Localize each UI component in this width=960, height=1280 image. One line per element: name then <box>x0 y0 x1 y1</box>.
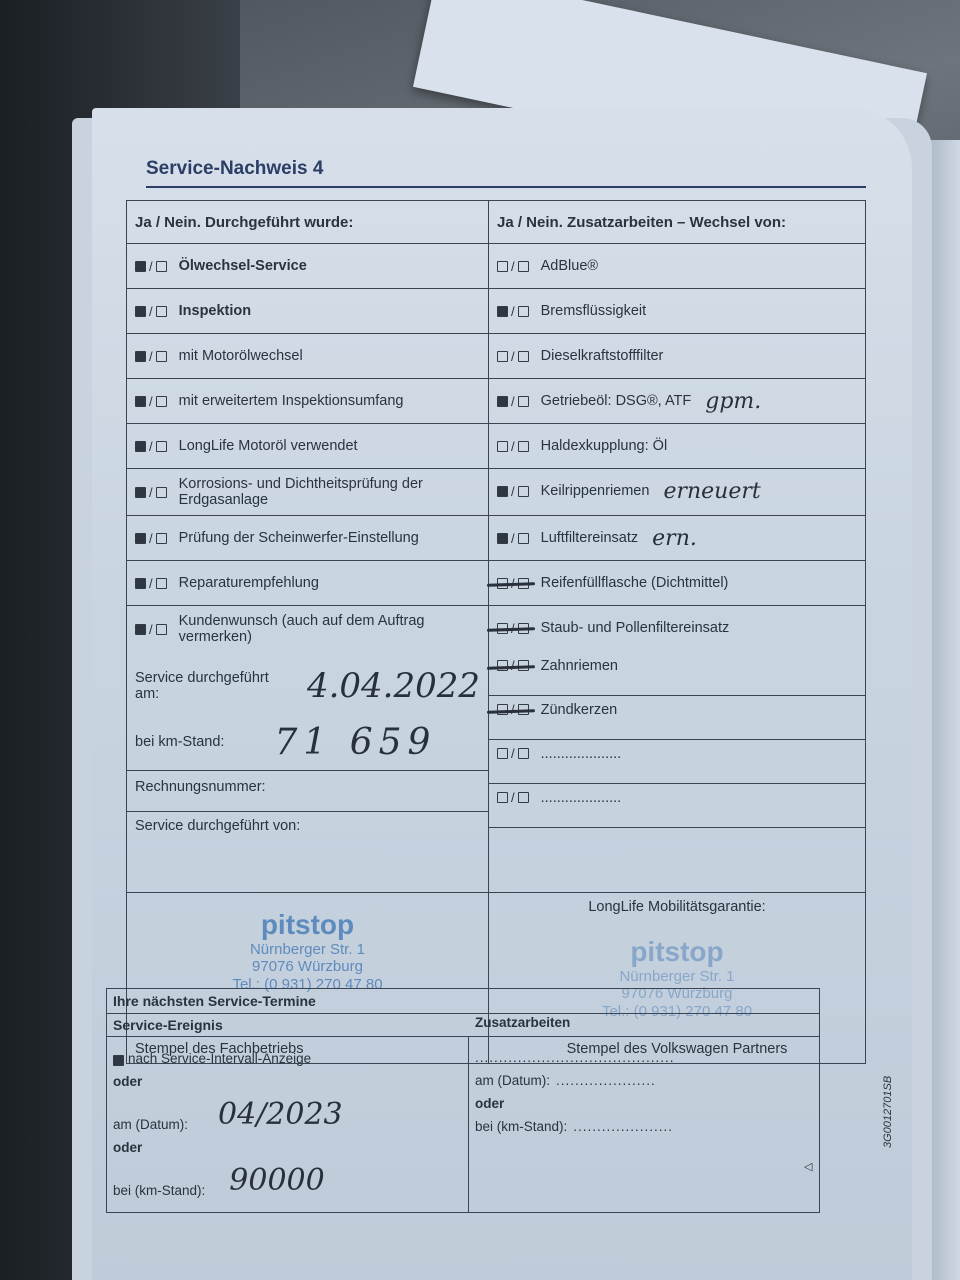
next-service-left: nach Service-Intervall-Anzeige oder am (… <box>107 1037 469 1212</box>
separator: / <box>149 622 153 637</box>
table-row: /LongLife Motoröl verwendet/Haldexkupplu… <box>127 424 865 469</box>
extra-work-label: Bremsflüssigkeit <box>541 303 647 319</box>
stamp-street: Nürnberger Str. 1 <box>232 941 382 958</box>
extra-6-checkbox-pair: / <box>497 531 529 546</box>
extra-6-nein-checkbox[interactable] <box>518 533 529 544</box>
service-3-checkbox-pair: / <box>135 394 167 409</box>
service-item-label: Prüfung der Scheinwerfer-Einstellung <box>179 530 419 546</box>
next-date-value[interactable]: 04/2023 <box>218 1097 343 1132</box>
service-8-ja-checkbox[interactable] <box>135 624 146 635</box>
extra-work-item: /Getriebeöl: DSG®, ATFgpm. <box>489 379 865 423</box>
service-4-checkbox-pair: / <box>135 439 167 454</box>
stamp-brand: pitstop <box>232 909 382 941</box>
extra-work-item: /Luftfiltereinsatzern. <box>489 516 865 560</box>
extra-work-item: /AdBlue® <box>489 244 865 288</box>
extra-8-ja-checkbox[interactable] <box>497 623 508 634</box>
workshop-stamp: pitstop Nürnberger Str. 1 97076 Würzburg… <box>232 909 382 993</box>
service-1-checkbox-pair: / <box>135 304 167 319</box>
separator: / <box>149 349 153 364</box>
service-item-inspektion: /Inspektion <box>127 289 489 333</box>
extra-4-checkbox-pair: / <box>497 439 529 454</box>
performed-by-label: Service durchgeführt von: <box>135 818 300 834</box>
extra-work-label: Luftfiltereinsatz <box>541 530 639 546</box>
stamp-street-2: Nürnberger Str. 1 <box>602 968 752 985</box>
separator: / <box>149 259 153 274</box>
triangle-marker-icon: ◁ <box>804 1160 812 1173</box>
extra-6-ja-checkbox[interactable] <box>497 533 508 544</box>
extra-9-checkbox-pair: / <box>497 658 529 673</box>
service-item-korrosions-und-dichtheitspr-fung-der-erdgasanlage: /Korrosions- und Dichtheitsprüfung der E… <box>127 469 489 515</box>
extra-work-item: /Bremsflüssigkeit <box>489 289 865 333</box>
next-service-box: Ihre nächsten Service-Termine Service-Er… <box>106 988 820 1213</box>
service-7-nein-checkbox[interactable] <box>156 578 167 589</box>
extra-work-label: Keilrippenriemen <box>541 483 650 499</box>
separator: / <box>511 658 515 673</box>
table-row: /Reparaturempfehlung/Reifenfüllflasche (… <box>127 561 865 606</box>
extra-5-nein-checkbox[interactable] <box>518 486 529 497</box>
extra-0-ja-checkbox[interactable] <box>497 261 508 272</box>
extra-7-nein-checkbox[interactable] <box>518 578 529 589</box>
separator: / <box>511 702 515 717</box>
extra-work-heading: Zusatzarbeiten <box>475 1015 813 1030</box>
service-7-checkbox-pair: / <box>135 576 167 591</box>
extra-3-checkbox-pair: / <box>497 394 529 409</box>
service-5-nein-checkbox[interactable] <box>156 487 167 498</box>
extra-work-item: /Zündkerzen <box>489 696 865 740</box>
extra-1-nein-checkbox[interactable] <box>518 306 529 317</box>
extra-10-checkbox-pair: / <box>497 702 529 717</box>
extra-km-value[interactable]: ..................... <box>573 1119 673 1134</box>
handwritten-note: erneuert <box>663 479 760 504</box>
service-8-checkbox-pair: / <box>135 622 167 637</box>
stamp-city: 97076 Würzburg <box>232 958 382 975</box>
separator: / <box>511 576 515 591</box>
service-3-nein-checkbox[interactable] <box>156 396 167 407</box>
service-item-label: mit Motorölwechsel <box>179 348 303 364</box>
service-0-checkbox-pair: / <box>135 259 167 274</box>
extra-work-item: /Staub- und Pollenfiltereinsatz <box>489 606 865 650</box>
service-km-line: bei km-Stand: 71 659 <box>135 714 480 770</box>
separator: / <box>511 746 515 761</box>
service-item-lwechsel-service: /Ölwechsel-Service <box>127 244 489 288</box>
separator: / <box>511 394 515 409</box>
extra-work-label: Zahnriemen <box>541 658 618 674</box>
extra-work-line[interactable]: ........................................… <box>475 1050 813 1065</box>
service-0-ja-checkbox[interactable] <box>135 261 146 272</box>
separator: / <box>511 259 515 274</box>
separator: / <box>149 531 153 546</box>
extra-8-checkbox-pair: / <box>497 621 529 636</box>
extra-0-checkbox-pair: / <box>497 259 529 274</box>
extra-3-ja-checkbox[interactable] <box>497 396 508 407</box>
service-item-label: LongLife Motoröl verwendet <box>179 438 358 454</box>
table-row: /mit erweitertem Inspektionsumfang/Getri… <box>127 379 865 424</box>
interval-line: nach Service-Intervall-Anzeige <box>113 1051 462 1066</box>
extra-work-label: AdBlue® <box>541 258 598 274</box>
extra-work-label: Zündkerzen <box>541 702 618 718</box>
extra-11-checkbox-pair: / <box>497 746 529 761</box>
performed-by-line: Service durchgeführt von: <box>127 811 488 840</box>
separator: / <box>149 394 153 409</box>
service-4-ja-checkbox[interactable] <box>135 441 146 452</box>
extra-work-label: .................... <box>541 790 622 806</box>
service-item-mit-motor-lwechsel: /mit Motorölwechsel <box>127 334 489 378</box>
extra-work-item: /Dieselkraftstofffilter <box>489 334 865 378</box>
service-8-nein-checkbox[interactable] <box>156 624 167 635</box>
extra-12-ja-checkbox[interactable] <box>497 792 508 803</box>
invoice-line: Rechnungsnummer: <box>127 770 488 811</box>
service-date-value[interactable]: 4.04.2022 <box>307 666 480 706</box>
service-item-label: Korrosions- und Dichtheitsprüfung der Er… <box>179 476 480 508</box>
separator: / <box>511 790 515 805</box>
service-6-checkbox-pair: / <box>135 531 167 546</box>
separator: / <box>149 576 153 591</box>
table-row: /mit Motorölwechsel/Dieselkraftstofffilt… <box>127 334 865 379</box>
service-2-nein-checkbox[interactable] <box>156 351 167 362</box>
separator: / <box>511 531 515 546</box>
table-row: /Inspektion/Bremsflüssigkeit <box>127 289 865 334</box>
separator: / <box>149 485 153 500</box>
interval-label: nach Service-Intervall-Anzeige <box>128 1051 311 1066</box>
service-item-mit-erweitertem-inspektionsumfang: /mit erweitertem Inspektionsumfang <box>127 379 489 423</box>
extra-1-ja-checkbox[interactable] <box>497 306 508 317</box>
extra-5-checkbox-pair: / <box>497 484 529 499</box>
service-item-label: Kundenwunsch (auch auf dem Auftrag verme… <box>179 613 480 645</box>
service-date-label: Service durchgeführt am: <box>135 670 287 702</box>
table-row: /Korrosions- und Dichtheitsprüfung der E… <box>127 469 865 516</box>
extra-1-checkbox-pair: / <box>497 304 529 319</box>
extra-work-item: /Haldexkupplung: Öl <box>489 424 865 468</box>
service-item-longlife-motor-l-verwendet: /LongLife Motoröl verwendet <box>127 424 489 468</box>
extra-2-ja-checkbox[interactable] <box>497 351 508 362</box>
extra-11-nein-checkbox[interactable] <box>518 748 529 759</box>
service-5-ja-checkbox[interactable] <box>135 487 146 498</box>
extra-5-ja-checkbox[interactable] <box>497 486 508 497</box>
extra-work-label: Staub- und Pollenfiltereinsatz <box>541 620 730 636</box>
service-table: Ja / Nein. Durchgeführt wurde: Ja / Nein… <box>126 200 866 1064</box>
extra-date-line: am (Datum): ..................... <box>475 1073 813 1088</box>
extra-12-checkbox-pair: / <box>497 790 529 805</box>
service-5-checkbox-pair: / <box>135 485 167 500</box>
extra-work-item: /Reifenfüllflasche (Dichtmittel) <box>489 561 865 605</box>
service-1-ja-checkbox[interactable] <box>135 306 146 317</box>
extra-7-ja-checkbox[interactable] <box>497 578 508 589</box>
separator: / <box>511 349 515 364</box>
service-page: Service-Nachweis 4 Ja / Nein. Durchgefüh… <box>92 108 912 1280</box>
extra-rows-lower: /Zahnriemen/Zündkerzen/.................… <box>489 652 865 892</box>
service-1-nein-checkbox[interactable] <box>156 306 167 317</box>
table-row: /Ölwechsel-Service/AdBlue® <box>127 244 865 289</box>
separator: / <box>511 304 515 319</box>
interval-checkbox[interactable] <box>113 1055 124 1066</box>
separator: / <box>511 484 515 499</box>
service-7-ja-checkbox[interactable] <box>135 578 146 589</box>
extra-3-nein-checkbox[interactable] <box>518 396 529 407</box>
service-2-ja-checkbox[interactable] <box>135 351 146 362</box>
separator: / <box>511 439 515 454</box>
service-6-ja-checkbox[interactable] <box>135 533 146 544</box>
service-4-nein-checkbox[interactable] <box>156 441 167 452</box>
separator: / <box>149 439 153 454</box>
extra-date-value[interactable]: ..................... <box>556 1073 656 1088</box>
table-row: /Kundenwunsch (auch auf dem Auftrag verm… <box>127 606 865 652</box>
oder-2: oder <box>113 1140 462 1155</box>
oder-1: oder <box>113 1074 462 1089</box>
extra-2-checkbox-pair: / <box>497 349 529 364</box>
table-header-row: Ja / Nein. Durchgeführt wurde: Ja / Nein… <box>127 201 865 244</box>
table-row: /Prüfung der Scheinwerfer-Einstellung/Lu… <box>127 516 865 561</box>
invoice-label: Rechnungsnummer: <box>135 779 266 795</box>
service-0-nein-checkbox[interactable] <box>156 261 167 272</box>
extra-8-nein-checkbox[interactable] <box>518 623 529 634</box>
extra-work-item: /.................... <box>489 784 865 828</box>
extra-10-ja-checkbox[interactable] <box>497 704 508 715</box>
service-details-row: Service durchgeführt am: 4.04.2022 bei k… <box>127 652 865 893</box>
next-service-body: nach Service-Intervall-Anzeige oder am (… <box>107 1037 819 1212</box>
handwritten-note: gpm. <box>705 389 761 414</box>
next-date-line: am (Datum): 04/2023 <box>113 1097 462 1132</box>
service-2-checkbox-pair: / <box>135 349 167 364</box>
next-km-line: bei (km-Stand): 90000 <box>113 1163 462 1198</box>
extra-9-nein-checkbox[interactable] <box>518 660 529 671</box>
next-service-right: Zusatzarbeiten .........................… <box>469 1037 819 1212</box>
next-km-label: bei (km-Stand): <box>113 1183 205 1198</box>
extra-4-nein-checkbox[interactable] <box>518 441 529 452</box>
service-item-label: Ölwechsel-Service <box>179 258 307 274</box>
extra-0-nein-checkbox[interactable] <box>518 261 529 272</box>
service-details: Service durchgeführt am: 4.04.2022 bei k… <box>127 652 489 892</box>
service-3-ja-checkbox[interactable] <box>135 396 146 407</box>
extra-2-nein-checkbox[interactable] <box>518 351 529 362</box>
extra-km-label: bei (km-Stand): <box>475 1119 567 1134</box>
service-item-label: Reparaturempfehlung <box>179 575 319 591</box>
service-6-nein-checkbox[interactable] <box>156 533 167 544</box>
service-item-pr-fung-der-scheinwerfer-einstellung: /Prüfung der Scheinwerfer-Einstellung <box>127 516 489 560</box>
separator: / <box>511 621 515 636</box>
extra-11-ja-checkbox[interactable] <box>497 748 508 759</box>
document-code: 3G0012701SB <box>882 1076 894 1148</box>
service-km-value[interactable]: 71 659 <box>274 722 436 763</box>
handwritten-note: ern. <box>652 526 697 551</box>
extra-work-label: .................... <box>541 746 622 762</box>
stamp-brand-2: pitstop <box>602 936 752 968</box>
extra-12-nein-checkbox[interactable] <box>518 792 529 803</box>
extra-work-label: Reifenfüllflasche (Dichtmittel) <box>541 575 729 591</box>
next-km-value[interactable]: 90000 <box>229 1163 324 1198</box>
next-service-heading: Ihre nächsten Service-Termine <box>107 989 819 1014</box>
page-title: Service-Nachweis 4 <box>146 158 323 180</box>
service-item-kundenwunsch-auch-auf-dem-auftrag-vermerken: /Kundenwunsch (auch auf dem Auftrag verm… <box>127 606 489 652</box>
extra-4-ja-checkbox[interactable] <box>497 441 508 452</box>
extra-10-nein-checkbox[interactable] <box>518 704 529 715</box>
title-rule <box>146 186 866 188</box>
right-header: Ja / Nein. Zusatzarbeiten – Wechsel von: <box>489 201 865 243</box>
separator: / <box>149 304 153 319</box>
service-item-label: mit erweitertem Inspektionsumfang <box>179 393 404 409</box>
extra-work-item: /Zahnriemen <box>489 652 865 696</box>
extra-date-label: am (Datum): <box>475 1073 550 1088</box>
extra-9-ja-checkbox[interactable] <box>497 660 508 671</box>
extra-work-label: Dieselkraftstofffilter <box>541 348 664 364</box>
service-item-label: Inspektion <box>179 303 252 319</box>
service-km-label: bei km-Stand: <box>135 734 224 750</box>
extra-work-label: Haldexkupplung: Öl <box>541 438 668 454</box>
extra-work-item: /.................... <box>489 740 865 784</box>
extra-work-item: /Keilrippenriemenerneuert <box>489 469 865 513</box>
service-item-reparaturempfehlung: /Reparaturempfehlung <box>127 561 489 605</box>
extra-work-label: Getriebeöl: DSG®, ATF <box>541 393 692 409</box>
left-header: Ja / Nein. Durchgeführt wurde: <box>127 201 489 243</box>
service-date-line: Service durchgeführt am: 4.04.2022 <box>135 658 480 714</box>
extra-km-line: bei (km-Stand): ..................... <box>475 1119 813 1134</box>
next-date-label: am (Datum): <box>113 1117 188 1132</box>
mobility-label: LongLife Mobilitätsgarantie: <box>588 899 765 915</box>
extra-7-checkbox-pair: / <box>497 576 529 591</box>
oder-3: oder <box>475 1096 813 1111</box>
